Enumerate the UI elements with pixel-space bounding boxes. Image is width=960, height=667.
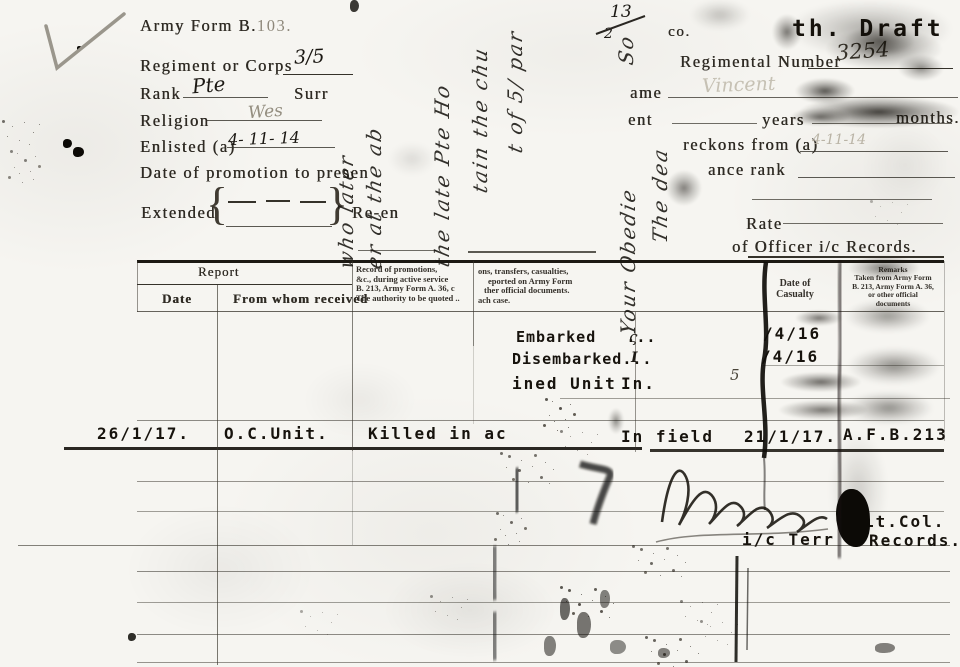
form-title: Army Form B.103. <box>140 16 292 36</box>
ink-stain <box>772 14 802 50</box>
row-place: In field <box>621 427 714 446</box>
joined-unit-in: In. <box>621 374 656 393</box>
speckle-cluster <box>500 452 503 455</box>
pencil-check-mark <box>46 14 124 68</box>
name-value: Vincent <box>702 73 776 98</box>
ink-stain <box>845 392 933 424</box>
speckle-cluster <box>680 600 683 603</box>
faint-stain <box>120 500 320 640</box>
rule-line <box>300 201 326 203</box>
extended-label: Extended <box>141 203 216 223</box>
speckle-cluster <box>560 586 563 589</box>
rule-line <box>783 223 943 224</box>
ink-blot <box>600 590 610 608</box>
co-label: co. <box>668 24 691 41</box>
form-title-number: 103. <box>257 16 292 35</box>
brace-open: { <box>206 181 228 227</box>
rank-value: Pte <box>191 72 226 99</box>
table-top-border <box>137 260 944 263</box>
ink-stain <box>898 55 944 81</box>
ink-blot <box>610 640 626 654</box>
report-underline <box>137 284 352 285</box>
casualties-header: ons, transfers, casualties, eported on A… <box>478 267 606 305</box>
promotions-header: Record of promotions, &c., during active… <box>356 265 488 303</box>
crosswriting-line: tain the chu <box>468 25 492 195</box>
rule-line <box>227 147 335 148</box>
enlisted-label: Enlisted (a) <box>140 137 236 157</box>
speckle-cluster <box>545 398 548 401</box>
ink-dot <box>63 139 72 148</box>
crosswriting-line: the late Pte Ho <box>430 14 454 269</box>
faint-stain <box>860 120 950 210</box>
joined-unit-label: ined Unit <box>512 374 617 393</box>
row-line-heavy <box>650 449 944 452</box>
signoff-records: Records. <box>869 531 960 550</box>
bracket-mark-2: I <box>631 350 638 366</box>
col-line <box>944 261 945 441</box>
speckle-cluster <box>645 636 648 639</box>
ink-stain <box>795 78 855 104</box>
speckle-cluster <box>632 545 635 548</box>
heavy-column-line <box>764 458 765 510</box>
report-header: Report <box>198 264 239 280</box>
ink-dot <box>77 46 82 51</box>
rule-line <box>207 120 322 121</box>
signoff-ic-terr: i/c Terr <box>742 530 835 549</box>
fraction-bottom-mark: 2 <box>604 26 613 42</box>
date-header: Date <box>162 291 192 307</box>
speckle-cluster <box>870 200 873 203</box>
reckons-label: reckons from (a) <box>683 135 819 155</box>
disembarked-date: /4/16 <box>761 347 819 366</box>
col-line <box>473 346 474 424</box>
ink-smear <box>516 468 518 512</box>
ink-blot <box>560 598 570 620</box>
col-line <box>352 451 353 545</box>
rule-line <box>283 74 353 75</box>
ink-blot <box>544 636 556 656</box>
officer-records-label: of Officer i/c Records. <box>732 237 917 257</box>
ink-stain <box>690 0 750 30</box>
form-title-text: Army Form B. <box>140 16 257 35</box>
rule-line <box>468 251 596 253</box>
crosswriting-line: er at the ab <box>362 21 386 271</box>
row-line <box>137 420 944 421</box>
rate-label: Rate <box>746 214 783 234</box>
speckle-cluster <box>700 620 703 623</box>
ink-stain <box>666 170 702 206</box>
five-mark: 5 <box>730 366 740 384</box>
row-from-whom: O.C.Unit. <box>224 424 329 443</box>
faint-stain <box>388 142 436 176</box>
speckle-cluster <box>10 150 13 153</box>
scanned-army-form: Army Form B.103. Regiment or Corps 3/5 R… <box>0 0 960 667</box>
ink-stain <box>848 348 940 384</box>
speckle-cluster <box>2 120 5 123</box>
so-mark: So <box>614 14 638 67</box>
row-line-heavy <box>64 447 642 450</box>
row-line <box>137 481 944 482</box>
ink-smear <box>580 464 610 524</box>
faint-stain <box>380 560 560 660</box>
ink-dot <box>73 147 84 157</box>
ink-dot <box>128 633 136 641</box>
crosswriting-line: who later <box>334 96 358 271</box>
rule-line <box>183 97 268 98</box>
ink-stain <box>790 108 850 126</box>
crosswriting-line: Your Obedie <box>616 92 640 337</box>
rule-line <box>266 200 290 202</box>
ink-line <box>747 568 748 650</box>
rule-line <box>748 256 944 258</box>
ink-dot <box>350 0 359 12</box>
faint-stain <box>300 360 420 440</box>
ink-stain <box>795 310 843 326</box>
signature-scrawl <box>662 471 827 532</box>
embarked-date: /4/16 <box>763 324 821 343</box>
ink-stain <box>780 372 862 392</box>
ink-blot <box>875 643 895 653</box>
crosswriting-line: t of 5/ par <box>503 20 527 155</box>
ink-stain <box>848 255 920 281</box>
regiment-value: 3/5 <box>293 45 325 69</box>
rank2-label: ance rank <box>708 160 786 180</box>
rank-label: Rank <box>140 84 181 104</box>
rule-line <box>226 226 332 227</box>
speckle-cluster <box>496 512 499 515</box>
ink-blot <box>658 648 670 658</box>
row-line <box>137 662 950 663</box>
speckle-cluster <box>560 430 563 433</box>
rule-line <box>672 123 757 124</box>
religion-label: Religion <box>140 111 210 131</box>
row-casualty-date: 21/1/17. <box>744 427 837 446</box>
ink-stain <box>845 300 930 332</box>
regimental-number-label: Regimental Number <box>680 52 841 72</box>
reckons-value: 4-11-14 <box>812 132 866 148</box>
row-date: 26/1/17. <box>97 424 190 443</box>
ink-stain <box>608 408 624 434</box>
ink-stain <box>845 26 915 56</box>
from-whom-header: From whom received <box>233 291 368 307</box>
surname-label: Surr <box>294 84 329 104</box>
rule-line <box>228 201 256 203</box>
casualty-date-header: Date of Casualty <box>752 278 838 300</box>
col-line <box>137 261 138 312</box>
